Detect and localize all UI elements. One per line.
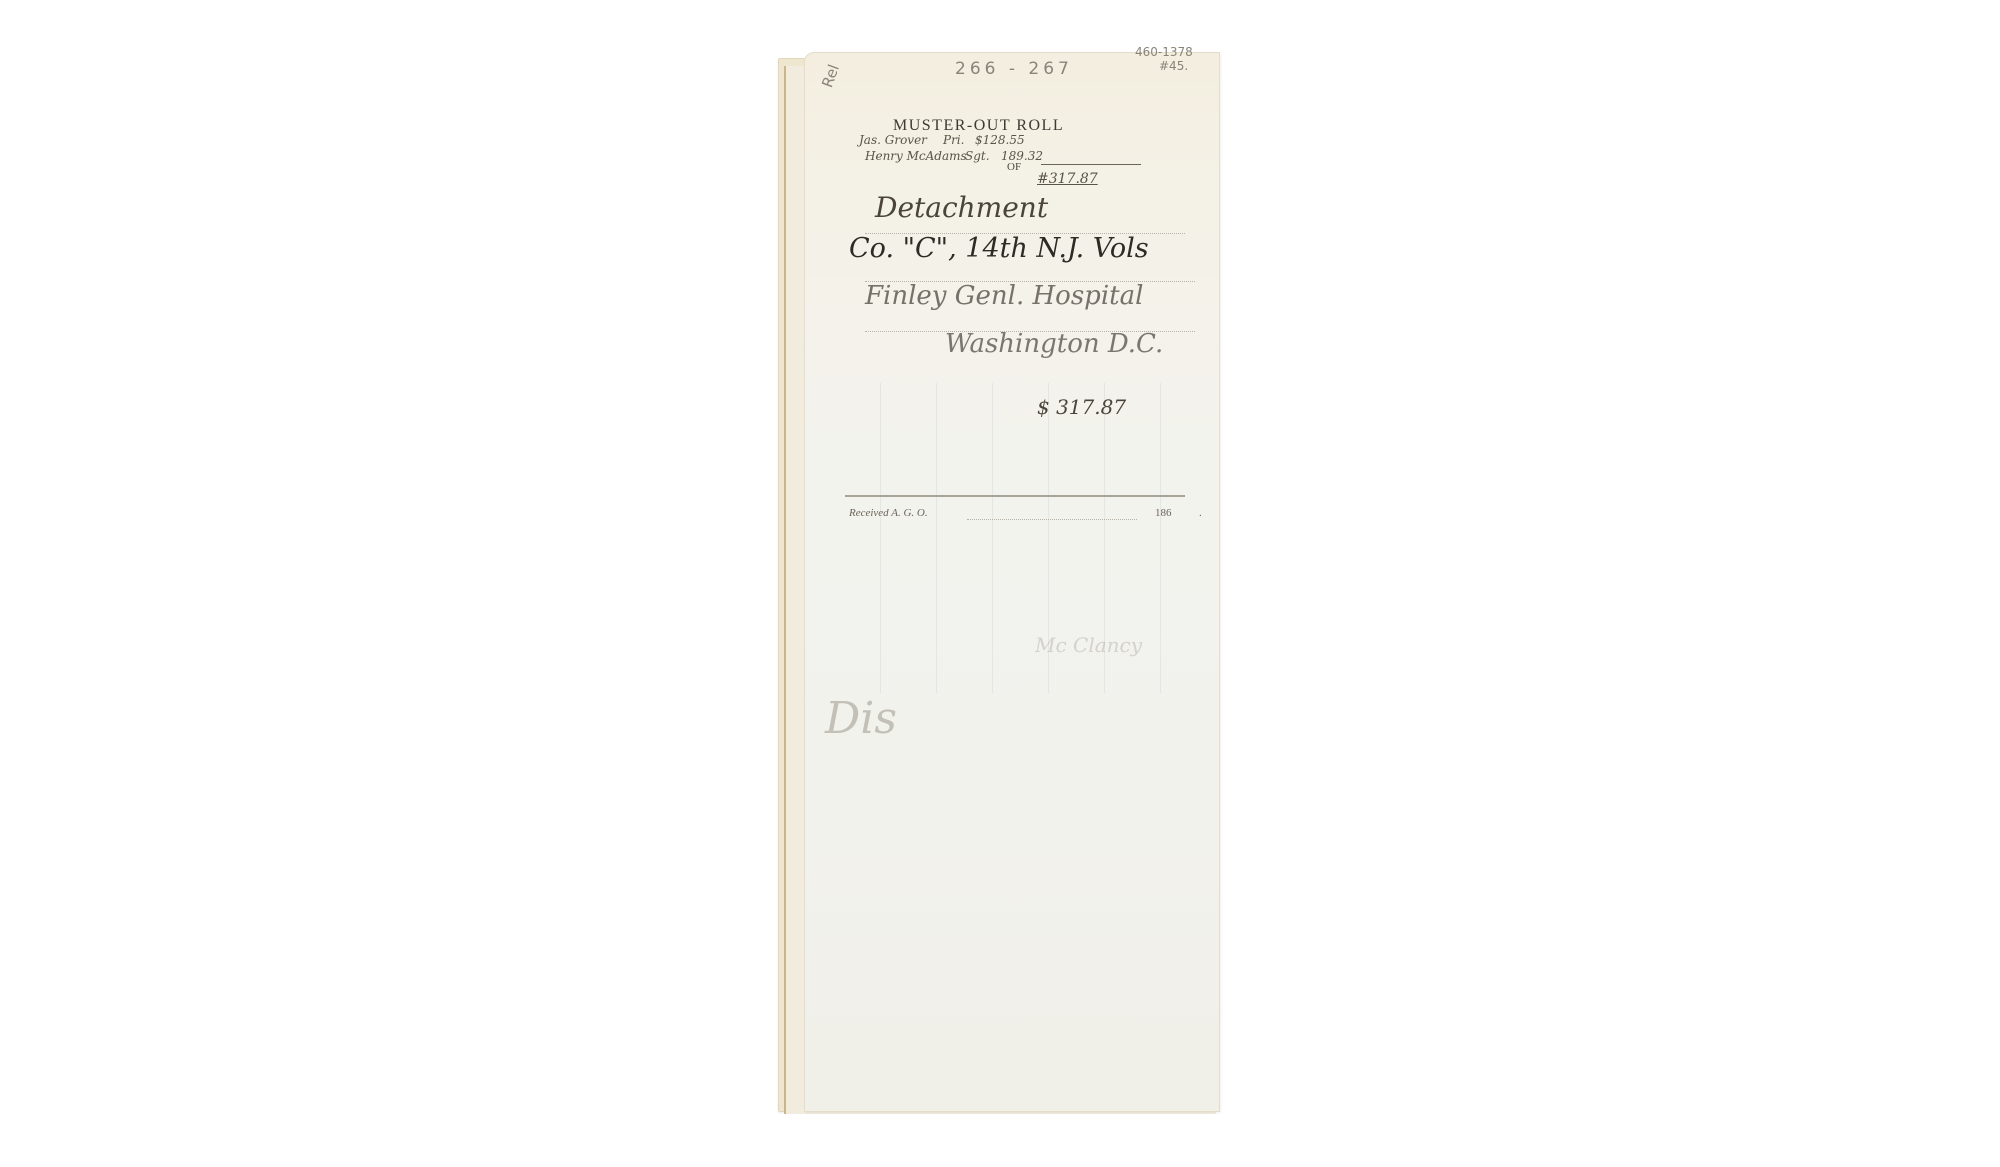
received-year-prefix: 186	[1155, 507, 1172, 519]
unit-line-2: Co. "C", 14th N.J. Vols	[849, 233, 1149, 264]
pencil-top-numbers: 266 - 267	[955, 59, 1073, 79]
pencil-top-right-line2: #45.	[1159, 59, 1188, 73]
entry-2-name: Henry McAdams	[865, 149, 967, 163]
ruled-grid	[825, 383, 1205, 693]
subtotal-amount: #317.87	[1037, 171, 1098, 187]
unit-line-1: Detachment	[875, 191, 1048, 224]
entry-1-rank: Pri.	[943, 133, 964, 147]
received-year-suffix: .	[1199, 507, 1202, 519]
footer-rule	[845, 495, 1185, 497]
pencil-corner-note: Rel	[818, 62, 843, 90]
unit-line-3: Finley Genl. Hospital	[865, 281, 1143, 311]
pencil-top-right-line1: 460-1378	[1135, 45, 1193, 59]
entry-1-name: Jas. Grover	[859, 133, 927, 147]
total-amount: $ 317.87	[1037, 395, 1126, 419]
unit-line-4: Washington D.C.	[945, 329, 1163, 359]
entry-2-rank: Sgt.	[965, 149, 990, 163]
entry-1-amount: $128.55	[975, 133, 1025, 147]
document-stack: Rel 266 - 267 460-1378 #45. MUSTER-OUT R…	[778, 52, 1218, 1114]
muster-out-roll-cover: Rel 266 - 267 460-1378 #45. MUSTER-OUT R…	[804, 52, 1220, 1112]
bleed-through-name: Mc Clancy	[1035, 633, 1142, 657]
bleed-through-signature: Dis	[825, 693, 897, 744]
subtotal-rule	[1041, 164, 1141, 165]
received-date-line	[967, 519, 1137, 520]
received-ago-label: Received A. G. O.	[849, 507, 928, 519]
form-of-label: OF	[1007, 161, 1021, 173]
